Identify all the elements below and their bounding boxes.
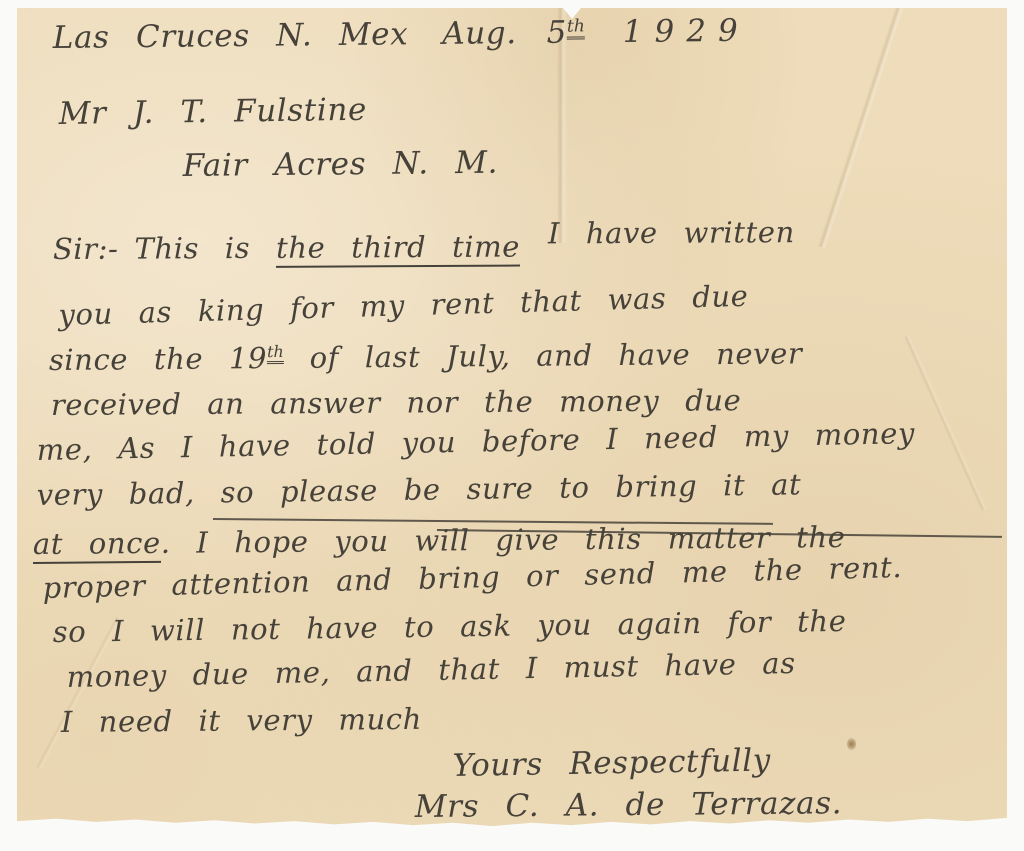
paper-crease xyxy=(904,335,988,511)
recipient-name: Mr J. T. Fulstine xyxy=(58,92,367,132)
body-text: very bad, so xyxy=(37,475,281,512)
dateline-month: Aug. xyxy=(442,15,517,52)
body-line-5: me, As I have told you before I need my … xyxy=(36,416,915,467)
dateline-year: 1929 xyxy=(623,13,750,50)
recipient-address: Fair Acres N. M. xyxy=(183,145,499,184)
body-line-3: since the 19th of last July, and have ne… xyxy=(49,336,803,377)
body-text: This is xyxy=(134,231,276,266)
salutation: Sir:- xyxy=(53,232,119,266)
body-text: I have written xyxy=(548,215,795,250)
underlined-phrase: at once xyxy=(33,526,161,564)
ordinal-suffix: th xyxy=(267,342,284,364)
underlined-phrase: the third time xyxy=(276,230,520,268)
body-text: since the 19 xyxy=(49,341,268,377)
body-line-1: Sir:-This is the third timeI have writte… xyxy=(53,228,795,266)
dateline-day: 5 xyxy=(546,15,567,51)
signature: Mrs C. A. de Terrazas. xyxy=(415,785,843,825)
underlined-phrase: please be sure to bring it at xyxy=(280,467,802,508)
closing: Yours Respectfully xyxy=(452,742,771,784)
body-line-10: money due me, and that I must have as xyxy=(66,646,796,694)
body-line-2: you as king for my rent that was due xyxy=(58,279,749,332)
dateline-place: Las Cruces N. Mex xyxy=(53,16,409,56)
scan-background: Las Cruces N. MexAug.5th1929 Mr J. T. Fu… xyxy=(0,0,1024,851)
body-text: of last July, and have never xyxy=(284,336,803,375)
body-line-9: so I will not have to ask you again for … xyxy=(53,604,847,649)
paper-crease xyxy=(818,0,910,249)
body-line-11: I need it very much xyxy=(61,702,422,739)
body-line-6: very bad, so please be sure to bring it … xyxy=(37,467,802,512)
dateline-ordinal: th xyxy=(567,16,585,39)
letter-paper: Las Cruces N. MexAug.5th1929 Mr J. T. Fu… xyxy=(17,8,1007,826)
dateline: Las Cruces N. MexAug.5th1929 xyxy=(53,13,750,56)
body-line-4: received an answer nor the money due xyxy=(51,383,742,422)
paper-stain xyxy=(847,738,856,750)
